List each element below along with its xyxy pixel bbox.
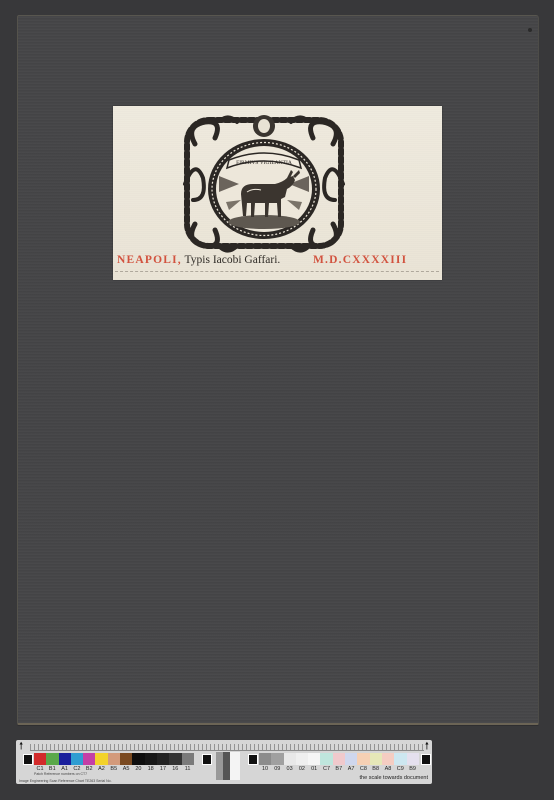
- patch-A8: A8: [382, 753, 394, 765]
- patch-A7: A7: [345, 753, 357, 765]
- patch-C9: C9: [394, 753, 406, 765]
- patch-17: 17: [157, 753, 169, 765]
- patch-C8: C8: [357, 753, 369, 765]
- patch-20: 20: [132, 753, 144, 765]
- svg-text:FIRMIVS VIGILANTIA: FIRMIVS VIGILANTIA: [236, 160, 292, 166]
- patch-10: 10: [259, 753, 271, 765]
- patch-C1: C1: [34, 753, 46, 765]
- white-block: [230, 752, 240, 780]
- right-patches: 10 09 03 02 01 C7 B7 A7 C8 B8 A8 C9 B9: [259, 753, 419, 765]
- imprint-place: NEAPOLI,: [117, 254, 182, 266]
- chart-caption: the scale towards document: [360, 775, 428, 781]
- patch-C2: C2: [71, 753, 83, 765]
- arrow-up-icon-left: 🠕: [19, 742, 23, 752]
- patch-B5: B5: [108, 753, 120, 765]
- faint-stamp: [448, 684, 538, 714]
- imprint-printer: Typis Iacobi Gaffari.: [185, 254, 281, 266]
- imprint-line: NEAPOLI, Typis Iacobi Gaffari. M.D.CXXXX…: [117, 251, 439, 269]
- patch-09: 09: [271, 753, 283, 765]
- bw-target-left: [23, 754, 33, 765]
- gray-strip: [216, 752, 230, 780]
- bw-target-center-right: [248, 754, 258, 765]
- bw-target-center-left: [202, 754, 212, 765]
- patch-B7: B7: [333, 753, 345, 765]
- bw-target-right: [421, 754, 431, 765]
- left-patches: C1 B1 A1 C2 B2 A2 B5 A5 20 18 17 16 11: [34, 753, 194, 765]
- patch-A5: A5: [120, 753, 132, 765]
- patch-01: 01: [308, 753, 320, 765]
- patch-18: 18: [145, 753, 157, 765]
- patch-16: 16: [169, 753, 181, 765]
- imprint-date: M.D.CXXXXIII: [313, 251, 407, 269]
- printed-label: FIRMIVS VIGILANTIA NEAPOLI, Typis Iacobi…: [113, 106, 442, 280]
- ox-emblem-icon: FIRMIVS VIGILANTIA: [181, 114, 347, 254]
- arrow-up-icon-right: 🠕: [425, 742, 429, 752]
- patch-B8: B8: [370, 753, 382, 765]
- patch-B1: B1: [46, 753, 58, 765]
- chart-small-text-1: Patch Reference numbers on CT7: [34, 772, 87, 776]
- patch-A1: A1: [59, 753, 71, 765]
- pin-hole: [528, 28, 532, 32]
- patch-B9: B9: [407, 753, 419, 765]
- color-calibration-chart: 🠕 🠕 C1 B1 A1 C2 B2 A2 B5 A5 20 18 17 16 …: [16, 740, 432, 784]
- scale-ruler: [30, 744, 424, 751]
- patch-A2: A2: [95, 753, 107, 765]
- patch-02: 02: [296, 753, 308, 765]
- patch-11: 11: [182, 753, 194, 765]
- patch-C7: C7: [320, 753, 332, 765]
- patch-03: 03: [284, 753, 296, 765]
- chart-small-text-2: Image Engineering Scan Reference Chart T…: [19, 779, 112, 783]
- printed-rule: [115, 271, 439, 273]
- patch-B2: B2: [83, 753, 95, 765]
